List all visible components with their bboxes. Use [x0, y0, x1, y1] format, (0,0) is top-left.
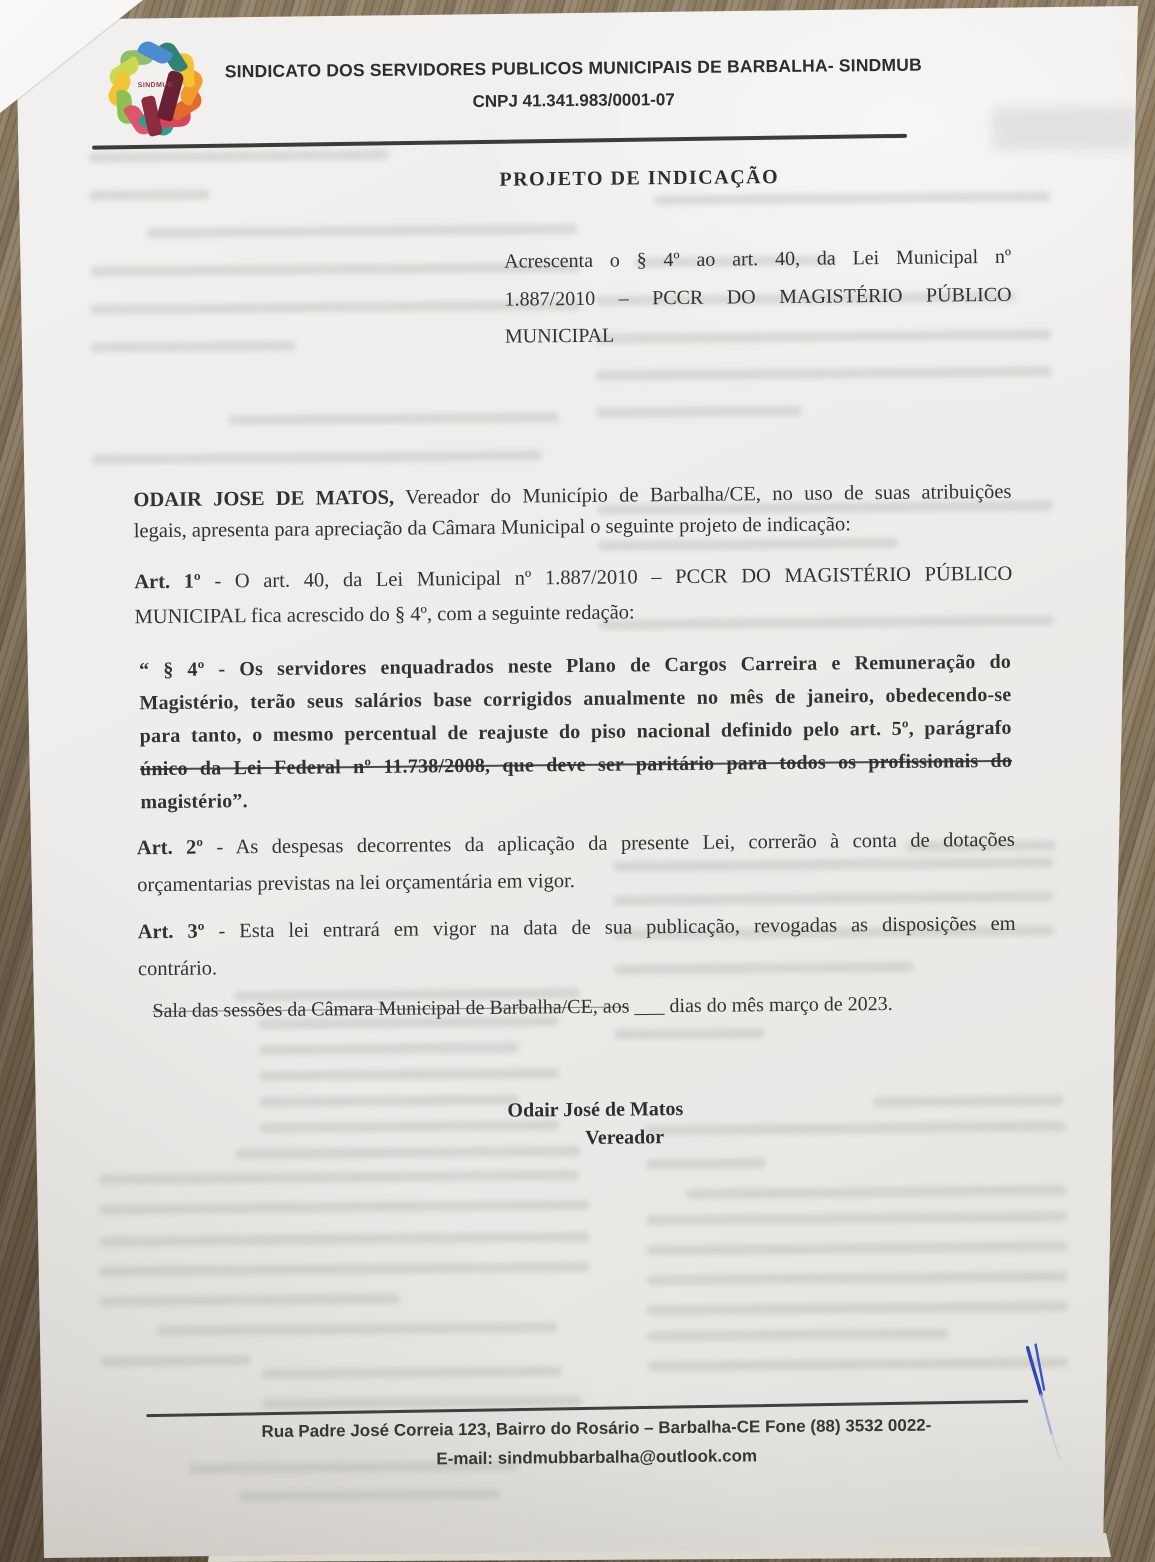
- article-1: Art. 1º - O art. 40, da Lei Municipal nº…: [134, 557, 1013, 635]
- bleedthrough-line: [262, 1366, 562, 1379]
- quote-paragraph: “ § 4º - Os servidores enquadrados neste…: [139, 646, 1013, 819]
- signature-name: Odair José de Matos: [405, 1094, 785, 1126]
- bleedthrough-line: [100, 1232, 590, 1247]
- bleedthrough-line: [147, 224, 577, 238]
- bleedthrough-line: [229, 412, 559, 425]
- bleedthrough-line: [615, 1028, 765, 1039]
- org-name: SINDICATO DOS SERVIDORES PUBLICOS MUNICI…: [143, 54, 1003, 83]
- author-name: ODAIR JOSE DE MATOS,: [133, 487, 394, 512]
- bleedthrough-text: [0, 0, 1148, 6]
- article-label: Art. 1º: [134, 571, 201, 594]
- document-content: SINDMUB SINDICATO DOS SERVIDORES PUBLICO…: [0, 0, 1155, 1562]
- closing-rest: dias do mês março de 2023.: [669, 993, 892, 1017]
- bleedthrough-line: [597, 406, 802, 418]
- bleedthrough-line: [101, 1355, 251, 1366]
- text-run: - O art. 40, da Lei Municipal nº 1.887/2…: [214, 563, 1012, 593]
- bleedthrough-line: [92, 450, 542, 464]
- opening-paragraph: ODAIR JOSE DE MATOS, Vereador do Municíp…: [133, 477, 1012, 547]
- article-3: Art. 3º - Esta lei entrará em vigor na d…: [137, 906, 1016, 988]
- bleedthrough-line: [596, 366, 1051, 380]
- blank-field: ___: [634, 995, 664, 1017]
- bleedthrough-line: [647, 1241, 1067, 1255]
- bleedthrough-line: [646, 1158, 766, 1169]
- bleedthrough-line: [239, 1489, 499, 1501]
- bleedthrough-line: [91, 341, 296, 353]
- bleedthrough-line: [157, 1322, 557, 1336]
- closing-struck-text: Sala das sessões da Câmara Municipal de …: [152, 996, 629, 1023]
- bleedthrough-line: [100, 1262, 590, 1277]
- desk-surface: { "header": { "logo_label": "SINDMUB", "…: [0, 0, 1155, 1562]
- bleedthrough-line: [100, 1294, 400, 1307]
- bleedthrough-line: [873, 1095, 1063, 1107]
- text-run: - As despesas decorrentes da aplicação d…: [216, 829, 1015, 859]
- bleedthrough-line: [99, 1170, 579, 1185]
- article-2: Art. 2º - As despesas decorrentes da apl…: [137, 822, 1016, 904]
- bleedthrough-line: [647, 1328, 947, 1341]
- bleedthrough-line: [646, 1211, 1066, 1225]
- text-run: Vereador do Município de Barbalha/CE, no…: [405, 481, 1011, 509]
- bleedthrough-line: [655, 191, 1050, 205]
- header-divider: [92, 134, 907, 149]
- signature-block: Odair José de Matos Vereador: [405, 1094, 786, 1154]
- document-title: PROJETO DE INDICAÇÃO: [499, 166, 779, 192]
- bleedthrough-line: [89, 150, 389, 163]
- bleedthrough-line: [992, 107, 1137, 150]
- bleedthrough-line: [90, 190, 210, 201]
- bleedthrough-line: [259, 1043, 519, 1055]
- epigraph: Acrescenta o § 4º ao art. 40, da Lei Mun…: [504, 239, 1012, 356]
- article-label: Art. 2º: [137, 837, 203, 860]
- org-cnpj: CNPJ 41.341.983/0001-07: [144, 87, 1004, 115]
- bleedthrough-line: [647, 1301, 1067, 1315]
- text-line: MUNICIPAL fica acrescido do § 4º, com a …: [134, 592, 1012, 635]
- bleedthrough-line: [259, 1068, 559, 1081]
- epigraph-line: 1.887/2010 – PCCR DO MAGISTÉRIO PÚBLICO: [504, 276, 1011, 318]
- document-page: SINDMUB SINDICATO DOS SERVIDORES PUBLICO…: [0, 0, 1155, 1562]
- bleedthrough-line: [648, 1357, 1068, 1371]
- bleedthrough-line: [686, 1185, 1066, 1199]
- epigraph-line: Acrescenta o § 4º ao art. 40, da Lei Mun…: [504, 239, 1011, 281]
- epigraph-line: MUNICIPAL: [505, 314, 1012, 356]
- signature-role: Vereador: [406, 1122, 786, 1154]
- bleedthrough-line: [647, 1271, 1067, 1285]
- footer: Rua Padre José Correia 123, Bairro do Ro…: [156, 1410, 1037, 1476]
- bleedthrough-line: [99, 1200, 589, 1215]
- sindmub-logo: SINDMUB: [99, 35, 212, 146]
- text-run: - Esta lei entrará em vigor na data de s…: [218, 913, 1015, 943]
- article-label: Art. 3º: [138, 921, 205, 944]
